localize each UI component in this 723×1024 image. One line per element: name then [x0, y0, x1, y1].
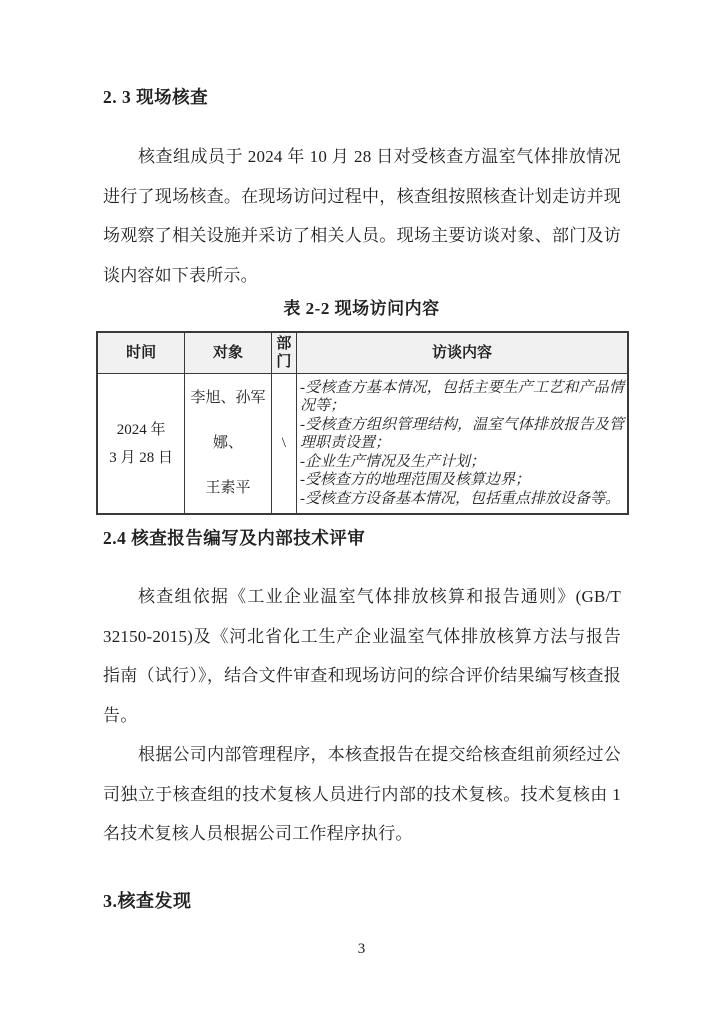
cell-department: \ [271, 374, 296, 515]
table-2-2-caption: 表 2-2 现场访问内容 [0, 294, 723, 319]
section-2-3-heading: 2. 3 现场核查 [103, 84, 208, 109]
section-3-heading: 3.核查发现 [103, 887, 192, 913]
section-2-4-paragraph-1: 核查组依据《工业企业温室气体排放核算和报告通则》(GB/T 32150-2015… [103, 577, 621, 735]
column-header-interviewee: 对象 [185, 332, 272, 374]
interview-item: -受核查方基本情况，包括主要生产工艺和产品情况等； [300, 379, 624, 416]
interviewee-line-2: 王素平 [188, 466, 268, 511]
interviewee-line-1: 李旭、孙军娜、 [188, 376, 268, 466]
interview-item: -受核查方设备基本情况，包括重点排放设备等。 [300, 490, 624, 508]
page-number: 3 [0, 941, 723, 958]
cell-time: 2024 年 3 月 28 日 [97, 374, 185, 515]
visit-table: 时间 对象 部门 访谈内容 2024 年 3 月 28 日 李旭、孙军娜、 王素… [96, 331, 629, 515]
interview-item: -受核查方的地理范围及核算边界； [300, 471, 624, 489]
table-row: 2024 年 3 月 28 日 李旭、孙军娜、 王素平 \ -受核查方基本情况，… [97, 374, 628, 515]
column-header-interview-content: 访谈内容 [296, 332, 628, 374]
cell-interviewees: 李旭、孙军娜、 王素平 [185, 374, 272, 515]
time-line-2: 3 月 28 日 [101, 444, 181, 472]
cell-interview-content: -受核查方基本情况，包括主要生产工艺和产品情况等； -受核查方组织管理结构，温室… [296, 374, 628, 515]
column-header-department: 部门 [271, 332, 296, 374]
section-2-4-paragraph-2: 根据公司内部管理程序，本核查报告在提交给核查组前须经过公司独立于核查组的技术复核… [103, 735, 621, 854]
interview-item: -企业生产情况及生产计划； [300, 453, 624, 471]
column-header-time: 时间 [97, 332, 185, 374]
interview-item: -受核查方组织管理结构，温室气体排放报告及管理职责设置； [300, 416, 624, 453]
time-line-1: 2024 年 [101, 416, 181, 444]
section-2-4-heading: 2.4 核查报告编写及内部技术评审 [103, 525, 365, 550]
table-header-row: 时间 对象 部门 访谈内容 [97, 332, 628, 374]
section-2-3-paragraph: 核查组成员于 2024 年 10 月 28 日对受核查方温室气体排放情况进行了现… [103, 137, 621, 295]
document-page: 2. 3 现场核查 核查组成员于 2024 年 10 月 28 日对受核查方温室… [0, 0, 723, 1024]
